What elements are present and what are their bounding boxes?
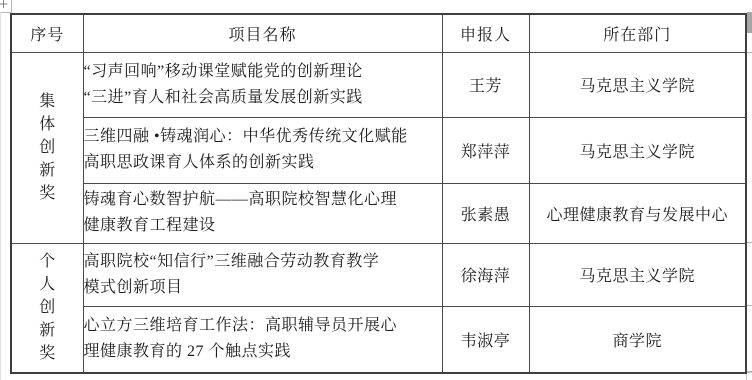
- award-group-label: 个人创新奖: [38, 250, 56, 365]
- table-row: 集体创新奖 “习声回响”移动课堂赋能党的创新理论 “三进”育人和社会高质量发展创…: [11, 52, 746, 117]
- applicant-cell[interactable]: 郑萍萍: [442, 117, 529, 183]
- project-line: 健康教育工程建设: [84, 213, 442, 239]
- project-name-cell[interactable]: 三维四融 •铸魂润心：中华优秀传统文化赋能 高职思政课育人体系的创新实践: [83, 117, 442, 183]
- awards-table: 序号 项目名称 申报人 所在部门 集体创新奖 “习声回响”移动课堂赋能党的创新理…: [10, 13, 747, 374]
- table-row: 个人创新奖 高职院校“知信行”三维融合劳动教育教学 模式创新项目 徐海萍 马克思…: [11, 243, 746, 306]
- project-line: 理健康教育的 27 个触点实践: [84, 339, 442, 365]
- table-header-row: 序号 项目名称 申报人 所在部门: [11, 14, 746, 52]
- table-move-handle[interactable]: +: [0, 0, 12, 13]
- col-header-project-name[interactable]: 项目名称: [83, 14, 442, 52]
- department-cell[interactable]: 商学院: [529, 306, 746, 373]
- applicant-cell[interactable]: 徐海萍: [442, 243, 529, 306]
- page-edge-line: [0, 12, 1, 380]
- project-name-cell[interactable]: 高职院校“知信行”三维融合劳动教育教学 模式创新项目: [83, 243, 442, 306]
- project-line: 高职思政课育人体系的创新实践: [84, 150, 442, 176]
- award-group-label: 集体创新奖: [38, 90, 56, 205]
- table-row: 铸魂育心数智护航——高职院校智慧化心理 健康教育工程建设 张素愚 心理健康教育与…: [11, 183, 746, 243]
- department-cell[interactable]: 心理健康教育与发展中心: [529, 183, 746, 243]
- table-row: 三维四融 •铸魂润心：中华优秀传统文化赋能 高职思政课育人体系的创新实践 郑萍萍…: [11, 117, 746, 183]
- project-line: 模式创新项目: [84, 275, 442, 301]
- col-header-department[interactable]: 所在部门: [529, 14, 746, 52]
- col-header-number[interactable]: 序号: [11, 14, 83, 52]
- project-line: 铸魂育心数智护航——高职院校智慧化心理: [84, 187, 442, 213]
- project-line: 三维四融 •铸魂润心：中华优秀传统文化赋能: [84, 124, 442, 150]
- scrollbar-thumb-fragment[interactable]: [747, 12, 752, 33]
- project-name-cell[interactable]: 心立方三维培育工作法：高职辅导员开展心 理健康教育的 27 个触点实践: [83, 306, 442, 373]
- department-cell[interactable]: 马克思主义学院: [529, 243, 746, 306]
- document-canvas: + 序号 项目名称 申报人 所在部门 集体创新奖 “习声回响”移动课堂赋能党的创…: [0, 0, 752, 380]
- award-group-individual[interactable]: 个人创新奖: [11, 243, 83, 373]
- project-line: 高职院校“知信行”三维融合劳动教育教学: [84, 249, 442, 275]
- department-cell[interactable]: 马克思主义学院: [529, 52, 746, 117]
- applicant-cell[interactable]: 张素愚: [442, 183, 529, 243]
- award-group-collective[interactable]: 集体创新奖: [11, 52, 83, 243]
- applicant-cell[interactable]: 王芳: [442, 52, 529, 117]
- project-name-cell[interactable]: “习声回响”移动课堂赋能党的创新理论 “三进”育人和社会高质量发展创新实践: [83, 52, 442, 117]
- col-header-applicant[interactable]: 申报人: [442, 14, 529, 52]
- applicant-cell[interactable]: 韦淑亭: [442, 306, 529, 373]
- project-line: “三进”育人和社会高质量发展创新实践: [84, 85, 442, 111]
- department-cell[interactable]: 马克思主义学院: [529, 117, 746, 183]
- project-line: “习声回响”移动课堂赋能党的创新理论: [84, 59, 442, 85]
- project-line: 心立方三维培育工作法：高职辅导员开展心: [84, 313, 442, 339]
- project-name-cell[interactable]: 铸魂育心数智护航——高职院校智慧化心理 健康教育工程建设: [83, 183, 442, 243]
- table-row: 心立方三维培育工作法：高职辅导员开展心 理健康教育的 27 个触点实践 韦淑亭 …: [11, 306, 746, 373]
